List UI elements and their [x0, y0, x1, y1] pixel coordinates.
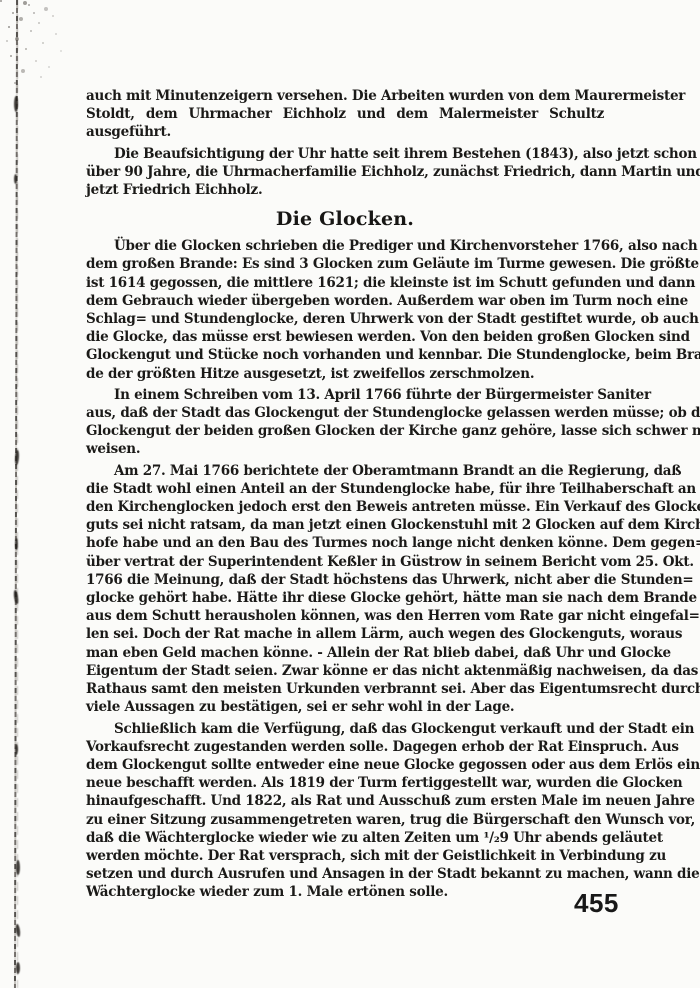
text-line: Stoldt, dem Uhrmacher Eichholz und dem M…: [86, 105, 604, 141]
text-line: Eigentum der Stadt seien. Zwar könne er …: [86, 662, 604, 680]
paragraph: Über die Glocken schrieben die Prediger …: [86, 237, 604, 383]
text-line: ist 1614 gegossen, die mittlere 1621; di…: [86, 274, 604, 292]
text-line: Die Beaufsichtigung der Uhr hatte seit i…: [86, 145, 604, 163]
text-line: jetzt Friedrich Eichholz.: [86, 181, 604, 199]
ink-blob: [16, 962, 20, 974]
text-line: dem großen Brande: Es sind 3 Glocken zum…: [86, 255, 604, 273]
text-line: die Glocke, das müsse erst bewiesen werd…: [86, 328, 604, 346]
text-line: neue beschafft werden. Als 1819 der Turm…: [86, 774, 604, 792]
text-line: werden möchte. Der Rat versprach, sich m…: [86, 847, 604, 865]
text-line: auch mit Minutenzeigern versehen. Die Ar…: [86, 87, 604, 105]
ink-blob: [14, 174, 17, 184]
page-number: 455: [574, 888, 619, 919]
binding-line: [14, 0, 18, 988]
scanned-book-page: auch mit Minutenzeigern versehen. Die Ar…: [0, 0, 700, 988]
paragraph: In einem Schreiben vom 13. April 1766 fü…: [86, 386, 604, 459]
text-line: Schlag= und Stundenglocke, deren Uhrwerk…: [86, 310, 604, 328]
text-column: auch mit Minutenzeigern versehen. Die Ar…: [86, 87, 604, 905]
text-line: viele Aussagen zu bestätigen, sei er seh…: [86, 698, 604, 716]
text-line: Wächterglocke wieder zum 1. Male ertönen…: [86, 883, 604, 901]
paragraph: Am 27. Mai 1766 berichtete der Oberamtma…: [86, 462, 604, 717]
text-line: weisen.: [86, 440, 604, 458]
text-line: hinaufgeschafft. Und 1822, als Rat und A…: [86, 792, 604, 810]
paragraph: Schließlich kam die Verfügung, daß das G…: [86, 720, 604, 902]
ink-blob: [14, 96, 18, 112]
ink-blob: [16, 860, 20, 875]
text-line: Am 27. Mai 1766 berichtete der Oberamtma…: [86, 462, 604, 480]
paragraph: Die Beaufsichtigung der Uhr hatte seit i…: [86, 145, 604, 200]
binding-line-shadow: [17, 0, 18, 988]
text-line: glocke gehört habe. Hätte ihr diese Gloc…: [86, 589, 604, 607]
paragraph: auch mit Minutenzeigern versehen. Die Ar…: [86, 87, 604, 142]
text-line: Glockengut und Stücke noch vorhanden und…: [86, 346, 604, 364]
section-heading: Die Glocken.: [86, 208, 604, 230]
text-line: Rathaus samt den meisten Urkunden verbra…: [86, 680, 604, 698]
text-line: über vertrat der Superintendent Keßler i…: [86, 553, 604, 571]
ink-blob: [13, 590, 19, 604]
text-line: setzen und durch Ausrufen und Ansagen in…: [86, 865, 604, 883]
text-line: hofe habe und an den Bau des Turmes noch…: [86, 534, 604, 552]
text-line: dem Glockengut sollte entweder eine neue…: [86, 756, 604, 774]
text-line: 1766 die Meinung, daß der Stadt höchsten…: [86, 571, 604, 589]
text-line: Schließlich kam die Verfügung, daß das G…: [86, 720, 604, 738]
text-line: Glockengut der beiden großen Glocken der…: [86, 422, 604, 440]
text-line: über 90 Jahre, die Uhrmacherfamilie Eich…: [86, 163, 604, 181]
text-line: die Stadt wohl einen Anteil an der Stund…: [86, 480, 604, 498]
ink-blob: [15, 538, 18, 550]
text-line: len sei. Doch der Rat mache in allem Lär…: [86, 625, 604, 643]
text-line: den Kirchenglocken jedoch erst den Bewei…: [86, 498, 604, 516]
ink-blob: [14, 450, 19, 465]
text-line: In einem Schreiben vom 13. April 1766 fü…: [86, 386, 604, 404]
text-line: aus, daß der Stadt das Glockengut der St…: [86, 404, 604, 422]
scan-binding-artifact: [0, 0, 70, 988]
ink-blob: [15, 744, 18, 755]
text-line: daß die Wächterglocke wieder wie zu alte…: [86, 829, 604, 847]
text-line: Über die Glocken schrieben die Prediger …: [86, 237, 604, 255]
text-line: dem Gebrauch wieder übergeben worden. Au…: [86, 292, 604, 310]
text-line: man eben Geld machen könne. - Allein der…: [86, 644, 604, 662]
scan-speckle: [0, 0, 2, 2]
text-line: zu einer Sitzung zusammengetreten waren,…: [86, 811, 604, 829]
text-line: Vorkaufsrecht zugestanden werden solle. …: [86, 738, 604, 756]
ink-blob: [15, 924, 21, 937]
text-line: guts sei nicht ratsam, da man jetzt eine…: [86, 516, 604, 534]
text-line: aus dem Schutt herausholen können, was d…: [86, 607, 604, 625]
text-line: de der größten Hitze ausgesetzt, ist zwe…: [86, 365, 604, 383]
